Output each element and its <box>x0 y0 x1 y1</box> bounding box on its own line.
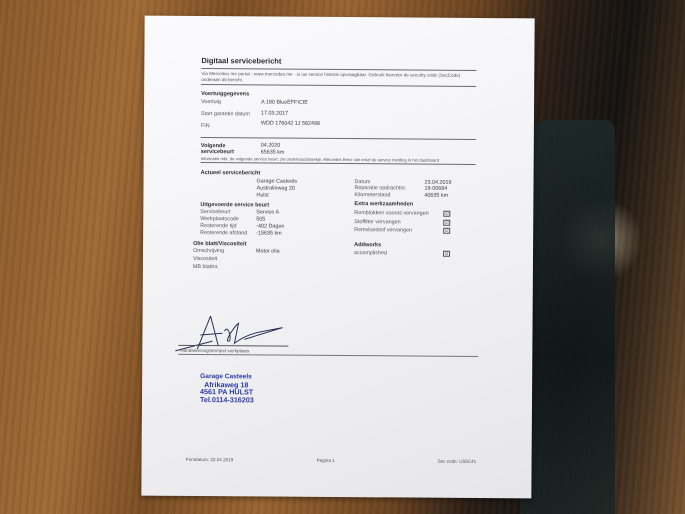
service-type-label: Servicebeurt <box>200 209 230 215</box>
remaining-distance-label: Resterende afstand <box>200 230 247 236</box>
remaining-time-label: Resterende tijd <box>200 223 236 229</box>
garage-city: Hulst <box>256 192 268 198</box>
extra-work-heading: Extra werkzaamheden <box>354 201 413 207</box>
vehicle-heading: Voertuiggegevens <box>201 91 249 97</box>
vehicle-value: A 180 BlueEFFICIE <box>261 99 308 105</box>
oil-heading: Olie blatt/Viscositeit <box>193 241 246 247</box>
vehicle-label: Voertuig <box>201 99 221 105</box>
document-title: Digitaal servicebericht <box>201 56 281 66</box>
service-report-paper: Digitaal servicebericht Via Mercedes me … <box>141 16 534 499</box>
extra-item-label: Remvloeistof vervangen <box>354 227 412 233</box>
warranty-start-label: Start garantie datum <box>201 111 250 117</box>
fin-value: WDD 176042 1J 582498 <box>261 120 320 126</box>
mileage-label: Kilometerstand <box>354 192 390 198</box>
addworks-heading: Addworks <box>354 242 381 248</box>
checkbox-icon: ☑ <box>443 211 450 217</box>
extra-item-label: Stoffilter vervangen <box>354 219 400 225</box>
garage-stamp: Garage Casteels Afrikaweg 18 4561 PA HUL… <box>200 373 254 403</box>
signature-label: Handtekening/stempel werkplaats <box>180 348 249 353</box>
stamp-line: Tel.0114-316203 <box>200 396 254 404</box>
oil-description-value: Motor olie <box>256 248 280 254</box>
page-number: Pagina 1 <box>317 458 335 463</box>
checkbox-icon: ☑ <box>443 220 450 226</box>
next-service-label-2: servicebeurt <box>201 149 234 155</box>
next-service-date: 04.2020 <box>261 142 281 148</box>
current-service-heading: Actueel servicebericht <box>201 170 261 176</box>
remaining-distance-value: -15635 km <box>256 230 282 236</box>
viscosity-label: Viscositeit <box>193 256 217 262</box>
mb-sheet-label: MB blattnr. <box>193 264 219 270</box>
fin-label: FIN <box>201 123 210 129</box>
repair-order-value: 19-00684 <box>424 186 447 192</box>
divider <box>201 84 476 87</box>
warranty-start-value: 17.03.2017 <box>261 110 288 116</box>
print-date: Printdatum: 23.04.2019 <box>186 457 234 462</box>
intro-text: Via Mercedes me portal - www.mercedes.me… <box>201 71 471 84</box>
oil-description-label: Omschrijving <box>193 248 224 254</box>
checkbox-icon: ☑ <box>443 251 450 257</box>
security-code: Sec.code: U58C41 <box>438 459 477 464</box>
garage-name: Garage Casteels <box>257 178 297 184</box>
addworks-label: accomplished <box>354 250 387 256</box>
resin-inlay <box>520 120 615 514</box>
workshop-code-value: 505 <box>256 216 265 222</box>
mileage-value: 40635 km <box>424 193 448 199</box>
repair-order-label: Reparatie opdrachtnr. <box>354 185 406 191</box>
checkbox-icon: ☑ <box>443 228 450 234</box>
garage-street: Australieweg 20 <box>256 185 294 191</box>
divider <box>201 137 476 140</box>
next-service-km: 65635 km <box>261 149 285 155</box>
extra-item-label: Remblokken vooras vervangen <box>354 210 428 217</box>
performed-heading: Uitgevoerde service beurt <box>200 202 269 208</box>
workshop-code-label: Werkplaatscode <box>200 216 239 222</box>
remaining-time-value: -402 Dagen <box>256 223 284 229</box>
service-type-value: Service A <box>256 209 279 215</box>
